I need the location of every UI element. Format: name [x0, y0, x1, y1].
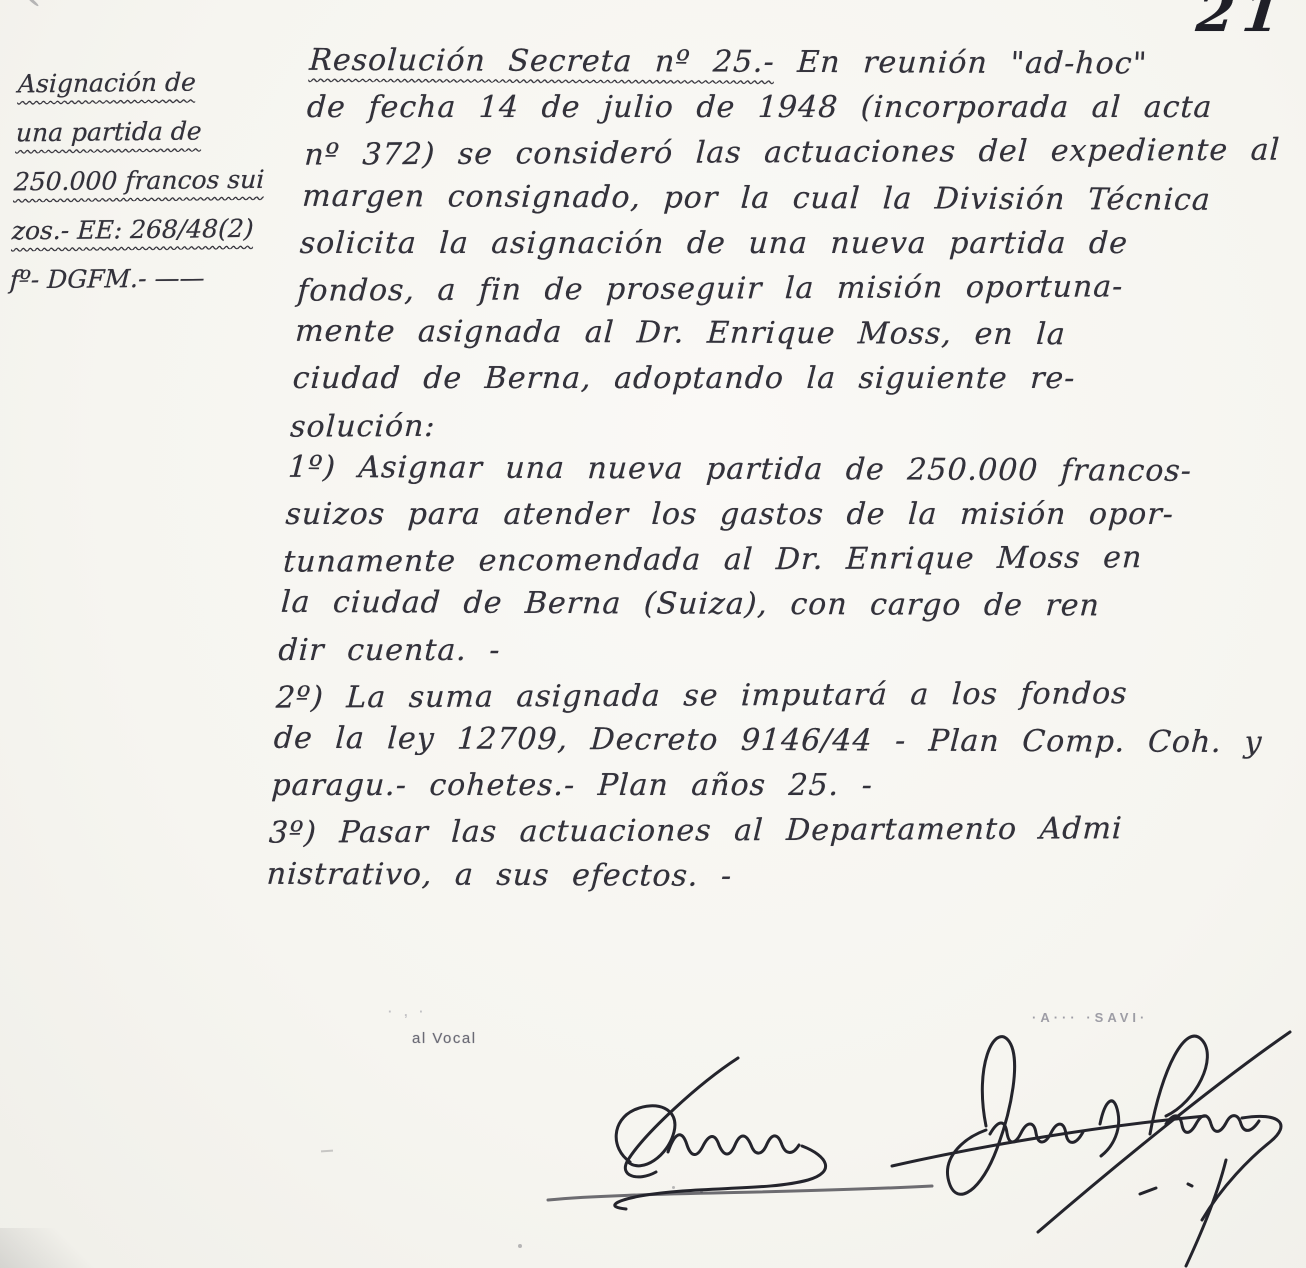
- page-number: 21: [1193, 0, 1291, 44]
- margin-note-line: fº- DGFM.- ——: [9, 253, 277, 305]
- typed-faint-mark: · , ·: [388, 1004, 428, 1019]
- paper-speck: [672, 1186, 675, 1189]
- margin-note-line: Asignación de: [17, 57, 285, 109]
- margin-note-text: 250.000 francos sui: [13, 165, 265, 197]
- handwritten-text: En reunión "ad-hoc": [796, 45, 1148, 82]
- handwritten-line: solicita la asignación de una nueva part…: [299, 221, 1306, 266]
- typed-label-vocal: al Vocal: [412, 1030, 477, 1047]
- handwritten-line: nistrativo, a sus efectos. -: [266, 851, 1282, 901]
- handwritten-line: la ciudad de Berna (Suiza), con cargo de…: [280, 580, 1296, 630]
- handwritten-text: nistrativo, a sus efectos. -: [266, 856, 733, 893]
- handwritten-line: nº 372) se consideró las actuaciones del…: [303, 128, 1306, 179]
- handwritten-line: dir cuenta. -: [277, 628, 1293, 673]
- handwritten-line: 1º) Asignar una nueva partida de 250.000…: [287, 445, 1303, 495]
- handwritten-line: de fecha 14 de julio de 1948 (incorporad…: [306, 85, 1306, 130]
- handwritten-line: fondos, a fin de proseguir la misión opo…: [296, 263, 1306, 314]
- handwritten-line: ciudad de Berna, adoptando la siguiente …: [292, 356, 1306, 401]
- margin-note-line: una partida de: [15, 106, 283, 158]
- hand-rule: [449, 415, 1260, 429]
- resolution-text: Resolución Secreta nº 25.- En reunión "a…: [265, 40, 1306, 899]
- margin-note-text: zos.- EE: 268/48(2): [11, 214, 254, 246]
- handwritten-line: margen consignado, por la cual la Divisi…: [301, 173, 1306, 223]
- handwritten-text: solución:: [289, 409, 436, 445]
- handwritten-line: solución:: [289, 399, 1305, 450]
- handwritten-text: dir cuenta. -: [278, 633, 502, 668]
- margin-note: Asignación de una partida de 250.000 fra…: [9, 57, 285, 305]
- margin-note-line: zos.- EE: 268/48(2): [11, 204, 279, 256]
- document-page: 21 Asignación de una partida de 250.000 …: [0, 0, 1306, 1268]
- handwritten-line: Resolución Secreta nº 25.- En reunión "a…: [308, 38, 1306, 88]
- hand-rule: [746, 870, 1066, 881]
- handwritten-line: 2º) La suma asignada se imputará a los f…: [275, 670, 1291, 721]
- margin-note-text: una partida de: [15, 116, 202, 147]
- handwritten-line: 3º) Pasar las actuaciones al Departament…: [268, 806, 1284, 857]
- signature-left: [540, 1050, 940, 1220]
- paper-speck: [700, 1190, 703, 1193]
- hand-rule: [514, 644, 1306, 654]
- handwritten-line: paragu.- cohetes.- Plan años 25. -: [270, 763, 1286, 808]
- margin-note-text: Asignación de: [17, 68, 196, 99]
- margin-note-line: 250.000 francos sui: [13, 155, 281, 207]
- handwritten-line: de la ley 12709, Decreto 9146/44 - Plan …: [273, 716, 1289, 766]
- paper-speck: [27, 0, 40, 7]
- margin-note-text: fº- DGFM.- ——: [9, 263, 205, 294]
- handwritten-line: suizos para atender los gastos de la mis…: [284, 492, 1300, 537]
- resolution-title: Resolución Secreta nº 25.-: [308, 43, 775, 80]
- handwritten-line: tunamente encomendada al Dr. Enrique Mos…: [282, 535, 1298, 586]
- paper-speck: [321, 1150, 333, 1153]
- signature-right: [888, 1008, 1304, 1268]
- paper-speck: [518, 1244, 522, 1248]
- handwritten-line: mente asignada al Dr. Enrique Moss, en l…: [294, 309, 1306, 359]
